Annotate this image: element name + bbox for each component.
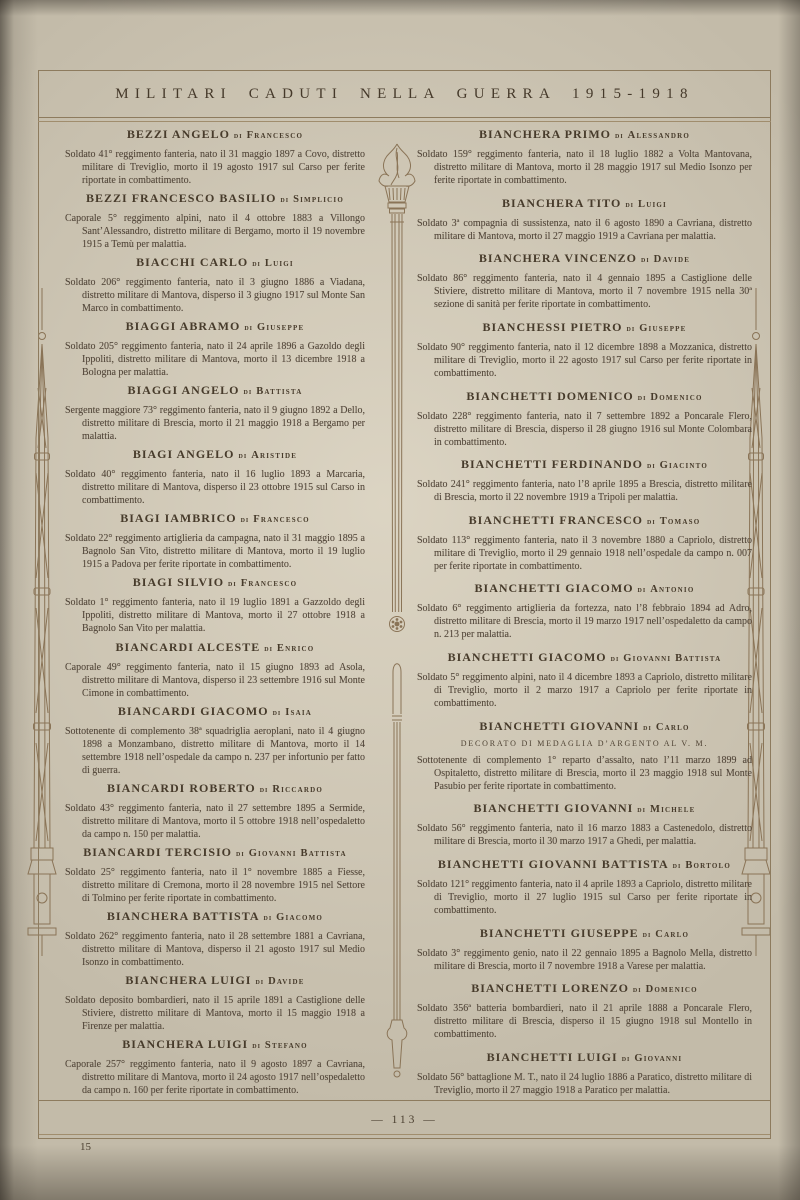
father-name: Giacinto [660, 460, 708, 471]
patronymic-prefix: di [239, 450, 248, 460]
patronymic-prefix: di [252, 1040, 261, 1050]
entry-body: Soldato 43° reggimento fanteria, nato il… [65, 802, 365, 841]
soldier-entry: BIANCARDI GIACOMO di Isaia Sottotenente … [65, 704, 365, 777]
patronymic-prefix: di [638, 392, 647, 402]
entry-body: Soldato 1° reggimento fanteria, nato il … [65, 596, 365, 635]
father-name: Francesco [247, 130, 304, 141]
soldier-name: BIANCARDI ALCESTE [116, 640, 261, 654]
father-name: Domenico [646, 984, 698, 995]
patronymic-prefix: di [647, 516, 656, 526]
soldier-name: BIANCHERA LUIGI [125, 973, 251, 987]
father-name: Davide [268, 976, 304, 987]
father-name: Michele [650, 804, 696, 815]
entry-body: Caporale 257° reggimento fanteria, nato … [65, 1058, 365, 1097]
soldier-name: BIAGI IAMBRICO [120, 511, 236, 525]
father-name: Domenico [650, 392, 702, 403]
soldier-name: BIAGGI ABRAMO [126, 319, 241, 333]
decoration-line: DECORATO DI MEDAGLIA D’ARGENTO AL V. M. [417, 739, 752, 748]
father-name: Alessandro [628, 130, 690, 141]
entry-body: Soldato 86° reggimento fanteria, nato il… [417, 272, 752, 311]
entry-body: Soldato 5° reggimento alpini, nato il 4 … [417, 671, 752, 710]
father-name: Luigi [265, 258, 294, 269]
father-name: Francesco [241, 578, 298, 589]
entry-heading: BIANCHETTI GIACOMO di Antonio [417, 581, 752, 596]
entry-body: Soldato 56° battaglione M. T., nato il 2… [417, 1071, 752, 1097]
soldier-name: BIANCHERA LUIGI [122, 1037, 248, 1051]
soldier-entry: BIANCHETTI DOMENICO di Domenico Soldato … [417, 389, 752, 449]
soldier-name: BIANCHERA BATTISTA [107, 909, 260, 923]
entry-heading: BIANCHETTI GIUSEPPE di Carlo [417, 926, 752, 941]
left-column: BEZZI ANGELO di Francesco Soldato 41° re… [65, 127, 365, 1097]
soldier-name: BEZZI ANGELO [127, 127, 230, 141]
patronymic-prefix: di [625, 199, 634, 209]
father-name: Stefano [265, 1040, 308, 1051]
soldier-name: BIAGI SILVIO [133, 575, 224, 589]
entry-body: Soldato 262° reggimento fanteria, nato i… [65, 930, 365, 969]
entry-body: Soldato 3ª compagnia di sussistenza, nat… [417, 217, 752, 243]
entry-heading: BIANCHERA BATTISTA di Giacomo [65, 909, 365, 924]
soldier-name: BIANCHETTI FERDINANDO [461, 457, 643, 471]
father-name: Carlo [655, 929, 689, 940]
soldier-name: BIANCARDI TERCISIO [83, 845, 232, 859]
entry-heading: BIANCHETTI GIACOMO di Giovanni Battista [417, 650, 752, 665]
scanned-page-paper: MILITARI CADUTI NELLA GUERRA 1915-1918 B… [0, 0, 800, 1200]
entry-heading: BIANCHETTI FRANCESCO di Tomaso [417, 513, 752, 528]
father-name: Tomaso [660, 516, 701, 527]
father-name: Riccardo [272, 784, 323, 795]
soldier-entry: BIANCHETTI GIOVANNI BATTISTA di Bortolo … [417, 857, 752, 917]
entry-body: Soldato 41° reggimento fanteria, nato il… [65, 148, 365, 187]
patronymic-prefix: di [273, 707, 282, 717]
soldier-name: BIACCHI CARLO [136, 255, 248, 269]
entry-heading: BIANCHETTI LORENZO di Domenico [417, 981, 752, 996]
entry-body: Soldato 228° reggimento fanteria, nato i… [417, 410, 752, 449]
father-name: Giuseppe [257, 322, 304, 333]
soldier-entry: BIAGGI ABRAMO di Giuseppe Soldato 205° r… [65, 319, 365, 379]
soldier-name: BIANCHETTI LORENZO [471, 981, 629, 995]
entry-heading: BIANCARDI GIACOMO di Isaia [65, 704, 365, 719]
patronymic-prefix: di [234, 130, 243, 140]
father-name: Battista [256, 386, 302, 397]
entry-body: Soldato 206° reggimento fanteria, nato i… [65, 276, 365, 315]
print-signature: 15 [80, 1141, 91, 1153]
page-number: — 113 — [371, 1114, 438, 1126]
soldier-entry: BIANCARDI TERCISIO di Giovanni Battista … [65, 845, 365, 905]
entry-body: Soldato 159° reggimento fanteria, nato i… [417, 148, 752, 187]
entry-body: Sottotenente di complemento 1° reparto d… [417, 754, 752, 793]
father-name: Simplicio [293, 194, 344, 205]
patronymic-prefix: di [260, 784, 269, 794]
father-name: Carlo [656, 722, 690, 733]
entry-body: Soldato 22° reggimento artiglieria da ca… [65, 532, 365, 571]
father-name: Enrico [277, 643, 315, 654]
patronymic-prefix: di [637, 804, 646, 814]
soldier-name: BIANCHERA VINCENZO [479, 251, 637, 265]
entry-body: Soldato 356ª batteria bombardieri, nato … [417, 1002, 752, 1041]
soldier-entry: BIANCARDI ALCESTE di Enrico Caporale 49°… [65, 640, 365, 700]
patronymic-prefix: di [643, 722, 652, 732]
father-name: Giovanni Battista [249, 848, 347, 859]
patronymic-prefix: di [611, 653, 620, 663]
soldier-entry: BIAGGI ANGELO di Battista Sergente maggi… [65, 383, 365, 443]
soldier-name: BIANCHESSI PIETRO [482, 320, 622, 334]
soldier-entry: BIANCHETTI GIUSEPPE di Carlo Soldato 3° … [417, 926, 752, 973]
entry-heading: BIANCHERA TITO di Luigi [417, 196, 752, 211]
father-name: Francesco [253, 514, 310, 525]
entry-body: Caporale 49° reggimento fanteria, nato i… [65, 661, 365, 700]
patronymic-prefix: di [643, 929, 652, 939]
soldier-name: BIAGI ANGELO [133, 447, 235, 461]
soldier-name: BIANCARDI GIACOMO [118, 704, 269, 718]
entry-heading: BIACCHI CARLO di Luigi [65, 255, 365, 270]
soldier-entry: BIANCHETTI GIACOMO di Giovanni Battista … [417, 650, 752, 710]
soldier-entry: BIANCARDI ROBERTO di Riccardo Soldato 43… [65, 781, 365, 841]
soldier-name: BIANCHETTI DOMENICO [466, 389, 633, 403]
father-name: Luigi [638, 199, 667, 210]
father-name: Giuseppe [639, 323, 686, 334]
entry-body: Soldato 25° reggimento fanteria, nato il… [65, 866, 365, 905]
father-name: Bortolo [685, 860, 731, 871]
entry-heading: BIAGGI ANGELO di Battista [65, 383, 365, 398]
entries-content: BEZZI ANGELO di Francesco Soldato 41° re… [65, 127, 752, 1097]
patronymic-prefix: di [633, 984, 642, 994]
page-title: MILITARI CADUTI NELLA GUERRA 1915-1918 [115, 86, 694, 103]
patronymic-prefix: di [638, 584, 647, 594]
entry-heading: BIANCARDI ROBERTO di Riccardo [65, 781, 365, 796]
page-footer-band: — 113 — [39, 1100, 770, 1138]
entry-body: Sergente maggiore 73° reggimento fanteri… [65, 404, 365, 443]
page-border-frame: MILITARI CADUTI NELLA GUERRA 1915-1918 B… [38, 70, 771, 1139]
entry-heading: BEZZI FRANCESCO BASILIO di Simplicio [65, 191, 365, 206]
soldier-name: BIANCHETTI GIOVANNI BATTISTA [438, 857, 669, 871]
soldier-entry: BIANCHERA VINCENZO di Davide Soldato 86°… [417, 251, 752, 311]
entry-body: Sottotenente di complemento 38ª squadrig… [65, 725, 365, 777]
entry-heading: BIANCHERA LUIGI di Davide [65, 973, 365, 988]
patronymic-prefix: di [228, 578, 237, 588]
patronymic-prefix: di [615, 130, 624, 140]
entry-body: Soldato 40° reggimento fanteria, nato il… [65, 468, 365, 507]
patronymic-prefix: di [280, 194, 289, 204]
patronymic-prefix: di [673, 860, 682, 870]
soldier-name: BIANCHETTI GIOVANNI [473, 801, 633, 815]
soldier-entry: BIANCHETTI LORENZO di Domenico Soldato 3… [417, 981, 752, 1041]
soldier-entry: BEZZI ANGELO di Francesco Soldato 41° re… [65, 127, 365, 187]
soldier-name: BIANCHETTI FRANCESCO [469, 513, 643, 527]
soldier-name: BIANCHETTI LUIGI [487, 1050, 618, 1064]
soldier-entry: BIANCHETTI FRANCESCO di Tomaso Soldato 1… [417, 513, 752, 573]
father-name: Davide [654, 254, 690, 265]
soldier-entry: BIANCHETTI GIACOMO di Antonio Soldato 6°… [417, 581, 752, 641]
entry-body: Soldato deposito bombardieri, nato il 15… [65, 994, 365, 1033]
father-name: Giovanni Battista [623, 653, 721, 664]
entry-heading: BIANCHERA VINCENZO di Davide [417, 251, 752, 266]
entry-heading: BIAGGI ABRAMO di Giuseppe [65, 319, 365, 334]
patronymic-prefix: di [647, 460, 656, 470]
entry-body: Soldato 121° reggimento fanteria, nato i… [417, 878, 752, 917]
soldier-entry: BIACCHI CARLO di Luigi Soldato 206° regg… [65, 255, 365, 315]
soldier-entry: BIANCHERA TITO di Luigi Soldato 3ª compa… [417, 196, 752, 243]
soldier-entry: BEZZI FRANCESCO BASILIO di Simplicio Cap… [65, 191, 365, 251]
soldier-name: BIANCHERA TITO [502, 196, 621, 210]
soldier-entry: BIANCHERA BATTISTA di Giacomo Soldato 26… [65, 909, 365, 969]
soldier-entry: BIANCHERA PRIMO di Alessandro Soldato 15… [417, 127, 752, 187]
father-name: Isaia [285, 707, 312, 718]
soldier-entry: BIANCHETTI FERDINANDO di Giacinto Soldat… [417, 457, 752, 504]
father-name: Giovanni [634, 1053, 682, 1064]
soldier-entry: BIANCHETTI LUIGI di Giovanni Soldato 56°… [417, 1050, 752, 1097]
soldier-entry: BIANCHESSI PIETRO di Giuseppe Soldato 90… [417, 320, 752, 380]
soldier-entry: BIANCHETTI GIOVANNI di Carlo DECORATO DI… [417, 719, 752, 793]
soldier-entry: BIANCHERA LUIGI di Davide Soldato deposi… [65, 973, 365, 1033]
entry-body: Soldato 3° reggimento genio, nato il 22 … [417, 947, 752, 973]
entry-heading: BIANCHETTI GIOVANNI di Carlo [417, 719, 752, 734]
entry-body: Soldato 241° reggimento fanteria, nato l… [417, 478, 752, 504]
patronymic-prefix: di [641, 254, 650, 264]
patronymic-prefix: di [244, 386, 253, 396]
entry-heading: BIANCHETTI LUIGI di Giovanni [417, 1050, 752, 1065]
soldier-entry: BIANCHETTI GIOVANNI di Michele Soldato 5… [417, 801, 752, 848]
soldier-name: BIANCHETTI GIUSEPPE [480, 926, 639, 940]
patronymic-prefix: di [252, 258, 261, 268]
patronymic-prefix: di [255, 976, 264, 986]
entry-heading: BIAGI SILVIO di Francesco [65, 575, 365, 590]
soldier-name: BIANCARDI ROBERTO [107, 781, 256, 795]
soldier-name: BEZZI FRANCESCO BASILIO [86, 191, 276, 205]
entry-body: Soldato 56° reggimento fanteria, nato il… [417, 822, 752, 848]
page-header-band: MILITARI CADUTI NELLA GUERRA 1915-1918 [39, 71, 770, 118]
entry-body: Soldato 205° reggimento fanteria, nato i… [65, 340, 365, 379]
patronymic-prefix: di [264, 912, 273, 922]
patronymic-prefix: di [264, 643, 273, 653]
entry-body: Soldato 90° reggimento fanteria, nato il… [417, 341, 752, 380]
patronymic-prefix: di [622, 1053, 631, 1063]
entry-body: Soldato 113° reggimento fanteria, nato i… [417, 534, 752, 573]
soldier-name: BIANCHETTI GIACOMO [448, 650, 607, 664]
father-name: Aristide [251, 450, 297, 461]
entry-heading: BIAGI IAMBRICO di Francesco [65, 511, 365, 526]
soldier-entry: BIAGI IAMBRICO di Francesco Soldato 22° … [65, 511, 365, 571]
father-name: Giacomo [276, 912, 323, 923]
entry-body: Soldato 6° reggimento artiglieria da for… [417, 602, 752, 641]
father-name: Antonio [650, 584, 694, 595]
patronymic-prefix: di [627, 323, 636, 333]
soldier-entry: BIAGI ANGELO di Aristide Soldato 40° reg… [65, 447, 365, 507]
entry-heading: BIANCHERA PRIMO di Alessandro [417, 127, 752, 142]
patronymic-prefix: di [236, 848, 245, 858]
patronymic-prefix: di [241, 514, 250, 524]
patronymic-prefix: di [244, 322, 253, 332]
entry-heading: BIANCHERA LUIGI di Stefano [65, 1037, 365, 1052]
soldier-entry: BIANCHERA LUIGI di Stefano Caporale 257°… [65, 1037, 365, 1097]
entry-body: Caporale 5° reggimento alpini, nato il 4… [65, 212, 365, 251]
soldier-name: BIAGGI ANGELO [127, 383, 239, 397]
entry-heading: BIANCARDI ALCESTE di Enrico [65, 640, 365, 655]
entry-heading: BEZZI ANGELO di Francesco [65, 127, 365, 142]
entry-heading: BIANCHETTI DOMENICO di Domenico [417, 389, 752, 404]
right-column: BIANCHERA PRIMO di Alessandro Soldato 15… [417, 127, 752, 1097]
entry-heading: BIANCHETTI GIOVANNI BATTISTA di Bortolo [417, 857, 752, 872]
entry-heading: BIANCHETTI GIOVANNI di Michele [417, 801, 752, 816]
soldier-name: BIANCHERA PRIMO [479, 127, 611, 141]
entry-heading: BIANCARDI TERCISIO di Giovanni Battista [65, 845, 365, 860]
entry-heading: BIANCHESSI PIETRO di Giuseppe [417, 320, 752, 335]
soldier-name: BIANCHETTI GIACOMO [475, 581, 634, 595]
soldier-entry: BIAGI SILVIO di Francesco Soldato 1° reg… [65, 575, 365, 635]
entry-heading: BIANCHETTI FERDINANDO di Giacinto [417, 457, 752, 472]
soldier-name: BIANCHETTI GIOVANNI [479, 719, 639, 733]
entry-heading: BIAGI ANGELO di Aristide [65, 447, 365, 462]
